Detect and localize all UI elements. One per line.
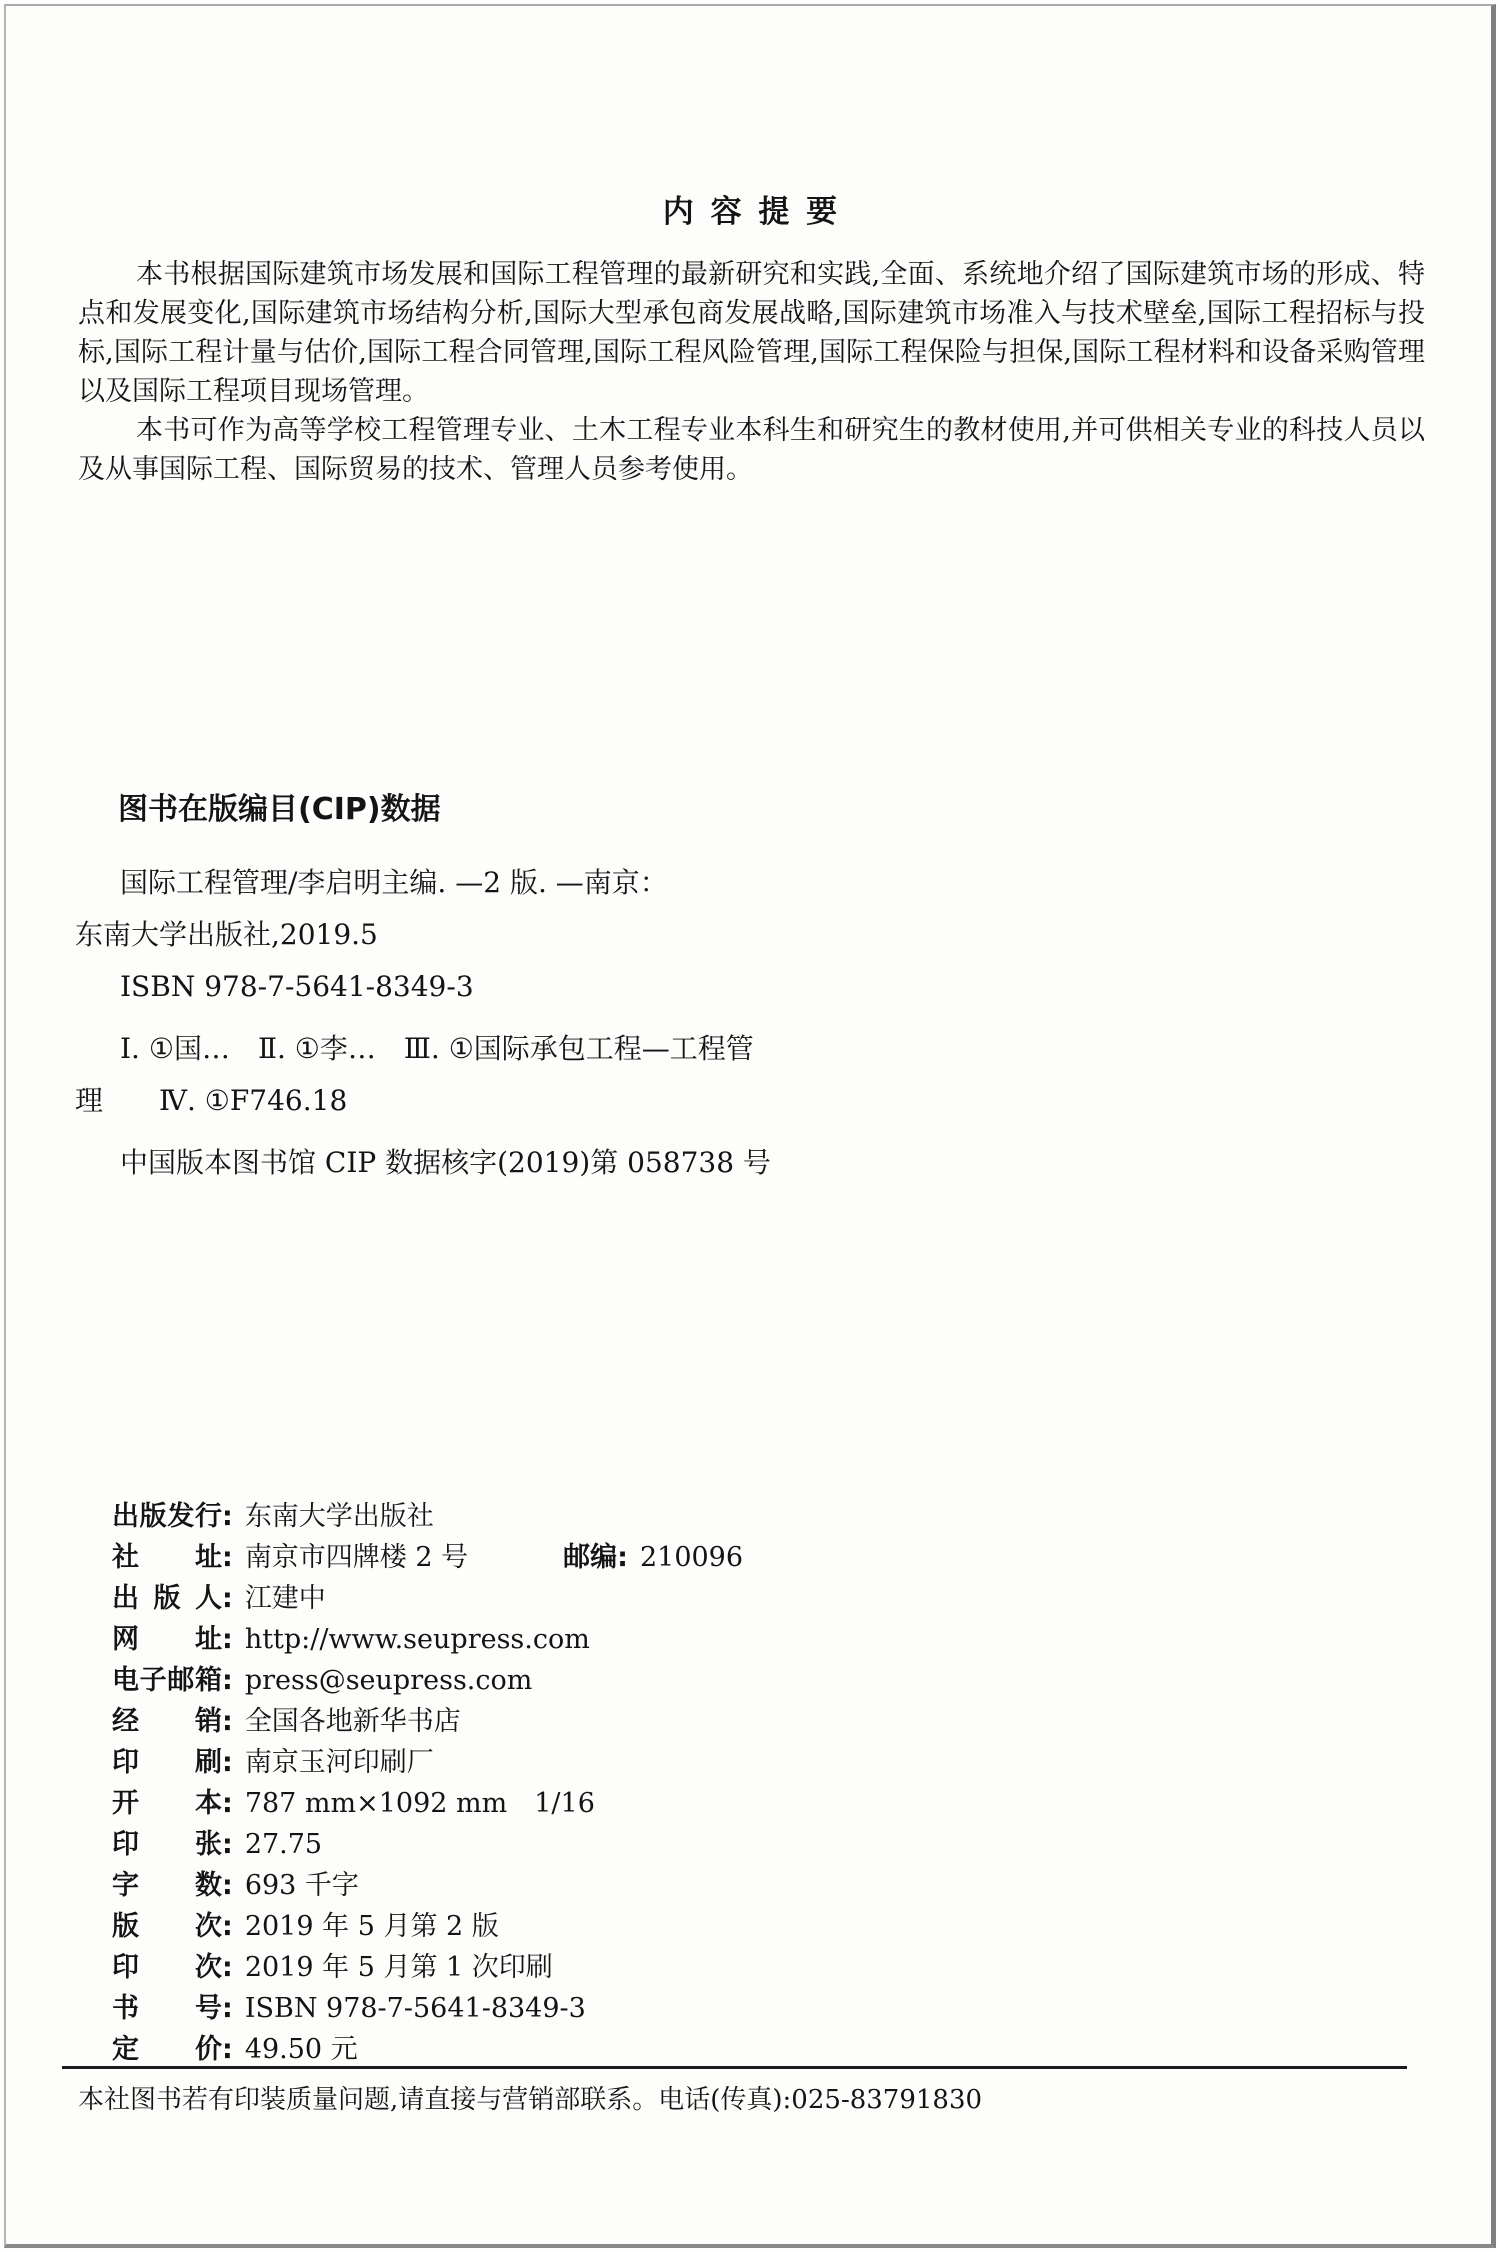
copyright-page: 内 容 提 要 本书根据国际建筑市场发展和国际工程管理的最新研究和实践,全面、系…: [0, 0, 1500, 2252]
cip-record-line: 中国版本图书馆 CIP 数据核字(2019)第 058738 号: [75, 1137, 1425, 1189]
colophon-label: 印张: [112, 1824, 222, 1865]
colophon-row: 印张:27.75: [112, 1824, 1432, 1865]
colophon-row: 版次:2019 年 5 月第 2 版: [112, 1906, 1432, 1947]
colophon-value: 全国各地新华书店: [245, 1706, 461, 1737]
cip-isbn-line: ISBN 978-7-5641-8349-3: [75, 961, 1425, 1013]
colophon-row: 字数:693 千字: [112, 1865, 1432, 1906]
colophon-label: 出版发行: [112, 1496, 222, 1537]
colophon-extra-label: 邮编: [563, 1542, 617, 1573]
cip-title-line: 国际工程管理/李启明主编. —2 版. —南京：: [75, 857, 1425, 909]
colophon-row: 电子邮箱:press@seupress.com: [112, 1660, 1432, 1701]
colophon-colon: :: [222, 2034, 233, 2065]
colophon-colon: :: [222, 1829, 233, 1860]
colophon-row: 网址:http://www.seupress.com: [112, 1619, 1432, 1660]
colophon-colon: :: [222, 1665, 233, 1696]
colophon-rows: 出版发行:东南大学出版社 社址:南京市四牌楼 2 号邮编:210096 出版人:…: [112, 1496, 1432, 2070]
colophon-label: 出版人: [112, 1578, 222, 1619]
colophon-colon: :: [222, 1952, 233, 1983]
colophon-colon: :: [222, 1624, 233, 1655]
summary-title: 内 容 提 要: [78, 186, 1425, 231]
colophon-label: 网址: [112, 1619, 222, 1660]
colophon-value: http://www.seupress.com: [245, 1624, 590, 1655]
colophon-value: 南京玉河印刷厂: [245, 1747, 434, 1778]
cip-classification-line-1: Ⅰ. ①国… Ⅱ. ①李… Ⅲ. ①国际承包工程—工程管: [75, 1023, 1425, 1075]
colophon-row: 出版发行:东南大学出版社: [112, 1496, 1432, 1537]
colophon-value: ISBN 978-7-5641-8349-3: [245, 1993, 586, 2024]
colophon-colon: :: [222, 1747, 233, 1778]
colophon-value: press@seupress.com: [245, 1665, 533, 1696]
colophon-colon: :: [222, 1706, 233, 1737]
colophon-row: 书号:ISBN 978-7-5641-8349-3: [112, 1988, 1432, 2029]
colophon-label: 经销: [112, 1701, 222, 1742]
colophon-row: 印刷:南京玉河印刷厂: [112, 1742, 1432, 1783]
colophon-label: 定价: [112, 2029, 222, 2070]
colophon-colon: :: [222, 1542, 233, 1573]
colophon-label: 字数: [112, 1865, 222, 1906]
colophon-value: 2019 年 5 月第 2 版: [245, 1911, 499, 1942]
colophon-colon: :: [222, 1911, 233, 1942]
colophon-label: 印刷: [112, 1742, 222, 1783]
colophon-label: 书号: [112, 1988, 222, 2029]
cip-publisher-line: 东南大学出版社,2019.5: [75, 909, 1425, 961]
colophon-colon: :: [222, 1583, 233, 1614]
colophon-colon: :: [222, 1870, 233, 1901]
colophon-label: 开本: [112, 1783, 222, 1824]
summary-body: 本书根据国际建筑市场发展和国际工程管理的最新研究和实践,全面、系统地介绍了国际建…: [78, 255, 1425, 489]
colophon-value: 27.75: [245, 1829, 322, 1860]
footer-divider: [62, 2066, 1407, 2069]
cip-classification-line-2: 理 Ⅳ. ①F746.18: [75, 1075, 1425, 1127]
cip-block: 图书在版编目(CIP)数据 国际工程管理/李启明主编. —2 版. —南京： 东…: [75, 791, 1425, 1189]
colophon-value: 49.50 元: [245, 2034, 358, 2065]
colophon-colon: :: [222, 1501, 233, 1532]
colophon-label: 印次: [112, 1947, 222, 1988]
summary-paragraph-1: 本书根据国际建筑市场发展和国际工程管理的最新研究和实践,全面、系统地介绍了国际建…: [78, 255, 1425, 411]
colophon-label: 社址: [112, 1537, 222, 1578]
colophon-extra: 邮编:210096: [563, 1542, 743, 1573]
colophon-value: 787 mm×1092 mm 1/16: [245, 1788, 595, 1819]
colophon-row: 出版人:江建中: [112, 1578, 1432, 1619]
colophon-colon: :: [222, 1788, 233, 1819]
colophon-row: 经销:全国各地新华书店: [112, 1701, 1432, 1742]
colophon-value: 东南大学出版社: [245, 1501, 434, 1532]
colophon-row: 印次:2019 年 5 月第 1 次印刷: [112, 1947, 1432, 1988]
colophon-row: 开本:787 mm×1092 mm 1/16: [112, 1783, 1432, 1824]
colophon-row: 社址:南京市四牌楼 2 号邮编:210096: [112, 1537, 1432, 1578]
colophon-colon: :: [617, 1542, 628, 1573]
cip-heading: 图书在版编目(CIP)数据: [118, 791, 1425, 829]
colophon-value: 2019 年 5 月第 1 次印刷: [245, 1952, 553, 1983]
footer-note: 本社图书若有印装质量问题,请直接与营销部联系。电话(传真):025-837918…: [78, 2083, 1438, 2117]
colophon-label: 电子邮箱: [112, 1660, 222, 1701]
colophon-colon: :: [222, 1993, 233, 2024]
colophon-value: 江建中: [245, 1583, 326, 1614]
colophon-value: 南京市四牌楼 2 号: [245, 1542, 468, 1573]
colophon-value: 693 千字: [245, 1870, 359, 1901]
colophon-row: 定价:49.50 元: [112, 2029, 1432, 2070]
colophon-label: 版次: [112, 1906, 222, 1947]
colophon-extra-value: 210096: [640, 1542, 743, 1573]
summary-paragraph-2: 本书可作为高等学校工程管理专业、土木工程专业本科生和研究生的教材使用,并可供相关…: [78, 411, 1425, 489]
